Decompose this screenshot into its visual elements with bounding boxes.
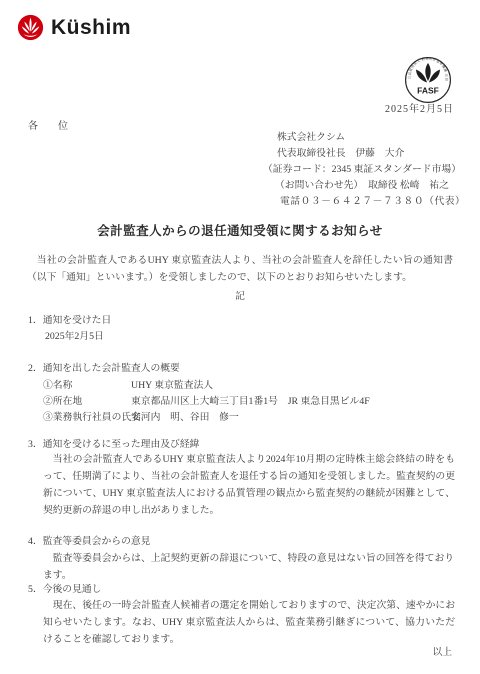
- closing-mark: 以上: [432, 644, 452, 658]
- release-date: 2025年2月5日: [385, 100, 454, 115]
- auditor-partners-label: ③業務執行社員の氏名: [43, 409, 131, 423]
- section-3-body: 当社の会計監査人であるUHY 東京監査法人より2024年10月期の定時株主総会終…: [43, 451, 455, 519]
- company-logo: Küshim: [17, 14, 131, 41]
- representative: 代表取締役社長 伊藤 大介: [263, 146, 465, 162]
- auditor-address-row: ②所在地東京都品川区上大崎三丁目1番1号 JR 東急目黒ビル4F: [43, 393, 370, 407]
- contact-person: （お問い合わせ先） 取締役 松崎 祐之: [263, 178, 465, 194]
- section-4-heading: 4．監査等委員会からの意見: [28, 533, 150, 547]
- brand-name: Küshim: [51, 16, 131, 40]
- auditor-name-label: ①名称: [43, 377, 131, 391]
- section-5-body: 現在、後任の一時会計監査人候補者の選定を開始しておりますので、決定次第、速やかに…: [43, 597, 455, 648]
- company-name: 株式会社クシム: [263, 130, 465, 146]
- page-title: 会計監査人からの退任通知受領に関するお知らせ: [0, 221, 480, 239]
- phone-number: 電話０３－６４２７－７３８０（代表）: [263, 194, 465, 210]
- recipient: 各 位: [28, 117, 68, 132]
- lead-paragraph: 当社の会計監査人であるUHY 東京監査法人より、当社の会計監査人を辞任したい旨の…: [27, 253, 453, 286]
- auditor-partners-row: ③業務執行社員の氏名安河内 明、谷田 修一: [43, 409, 239, 423]
- auditor-address-value: 東京都品川区上大崎三丁目1番1号 JR 東急目黒ビル4F: [131, 396, 370, 407]
- section-5-heading: 5．今後の見通し: [28, 581, 101, 595]
- section-2-heading: 2．通知を出した会計監査人の概要: [28, 360, 180, 374]
- auditor-name-value: UHY 東京監査法人: [131, 380, 213, 391]
- auditor-partners-value: 安河内 明、谷田 修一: [131, 412, 239, 423]
- company-contact-block: 株式会社クシム 代表取締役社長 伊藤 大介 （証券コード：2345 東証スタンダ…: [263, 130, 465, 210]
- stock-code: （証券コード：2345 東証スタンダード市場）: [263, 162, 465, 178]
- stamp-label: FASF: [417, 86, 439, 96]
- document-page: Küshim 公益財団法人 財務会計基準機構 会員 FASF 2025年2月5日…: [0, 0, 480, 674]
- fasf-membership-stamp: 公益財団法人 財務会計基準機構 会員 FASF: [404, 56, 452, 104]
- record-mark: 記: [0, 288, 480, 302]
- section-3-heading: 3．通知を受けるに至った理由及び経緯: [28, 436, 199, 450]
- auditor-name-row: ①名称UHY 東京監査法人: [43, 377, 213, 391]
- auditor-address-label: ②所在地: [43, 393, 131, 407]
- section-1-body: 2025年2月5日: [45, 328, 104, 345]
- kushim-logo-icon: [17, 14, 44, 41]
- section-4-body: 監査等委員会からは、上記契約更新の辞退について、特段の意見はない旨の回答を得てお…: [43, 550, 458, 584]
- section-1-heading: 1．通知を受けた日: [28, 312, 111, 326]
